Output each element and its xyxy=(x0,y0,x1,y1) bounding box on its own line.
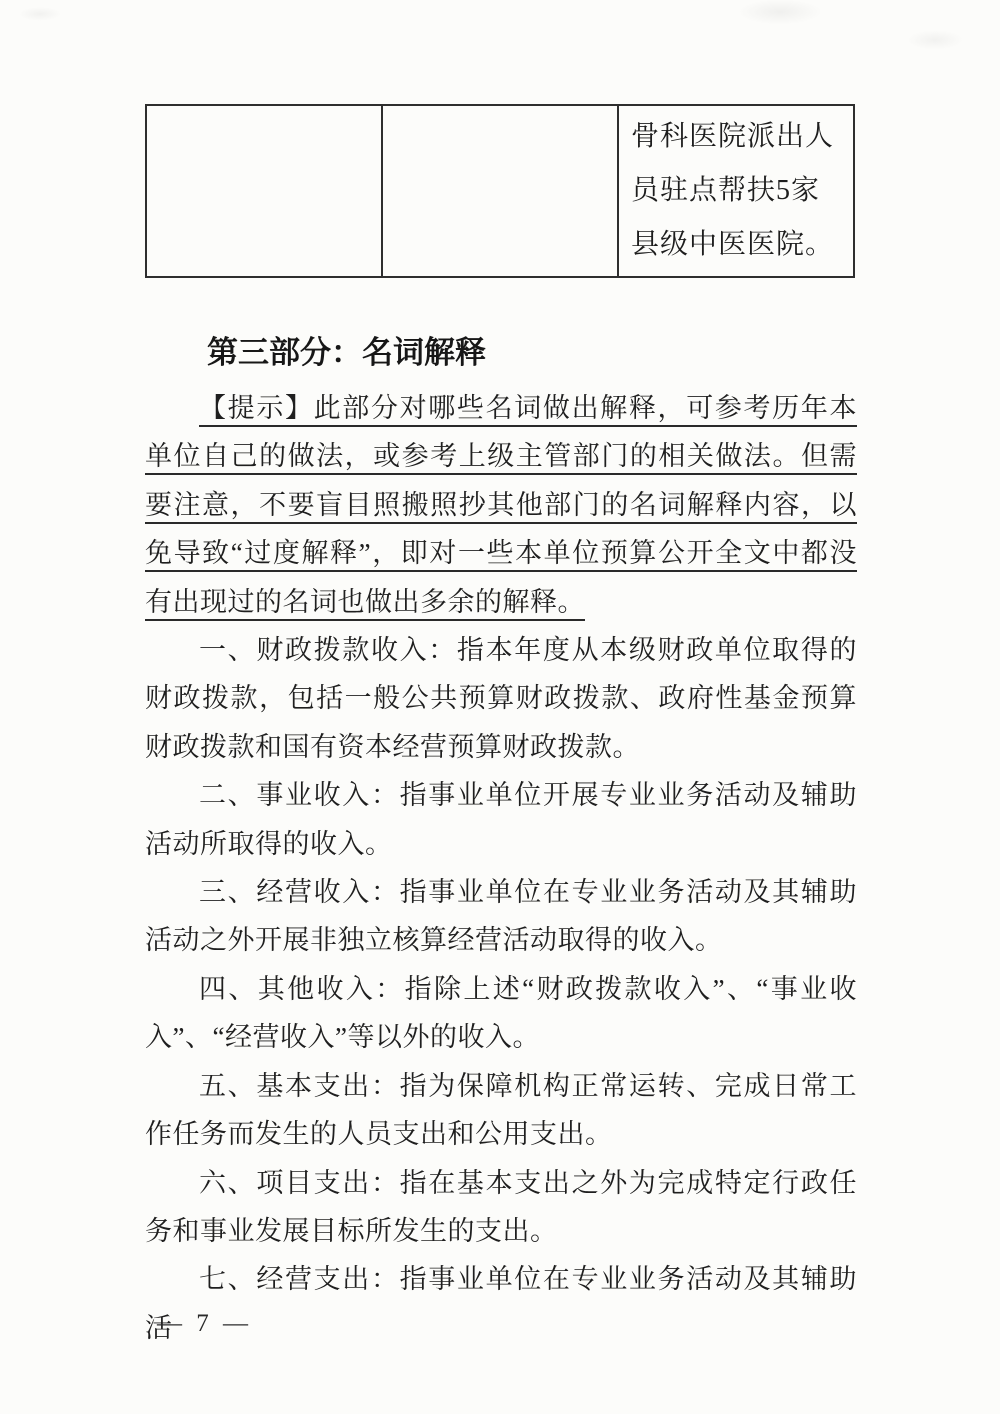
table-cell-empty-2 xyxy=(382,105,618,277)
document-page: 骨科医院派出人员驻点帮扶5家县级中医医院。 第三部分：名词解释 【提示】此部分对… xyxy=(0,0,1000,1414)
tip-paragraph: 【提示】此部分对哪些名词做出解释，可参考历年本单位自己的做法，或参考上级主管部门… xyxy=(145,384,857,626)
definition-paragraph-institutional-income: 二、事业收入：指事业单位开展专业业务活动及辅助活动所取得的收入。 xyxy=(145,771,857,868)
continuation-table: 骨科医院派出人员驻点帮扶5家县级中医医院。 xyxy=(145,104,855,278)
table-row: 骨科医院派出人员驻点帮扶5家县级中医医院。 xyxy=(146,105,854,277)
definition-paragraph-project-expenditure: 六、项目支出：指在基本支出之外为完成特定行政任务和事业发展目标所发生的支出。 xyxy=(145,1159,857,1256)
definition-paragraph-other-income: 四、其他收入：指除上述“财政拨款收入”、“事业收入”、“经营收入”等以外的收入。 xyxy=(145,965,857,1062)
table-cell-empty-1 xyxy=(146,105,382,277)
section-heading: 第三部分：名词解释 xyxy=(145,331,857,375)
table-cell-hospital-support: 骨科医院派出人员驻点帮扶5家县级中医医院。 xyxy=(618,105,854,277)
page-number: — 7 — xyxy=(157,1310,252,1338)
definition-paragraph-fiscal-appropriation-income: 一、财政拨款收入：指本年度从本级财政单位取得的财政拨款，包括一般公共预算财政拨款… xyxy=(145,626,857,771)
definition-paragraph-basic-expenditure: 五、基本支出：指为保障机构正常运转、完成日常工作任务而发生的人员支出和公用支出。 xyxy=(145,1062,857,1159)
main-text-block: 第三部分：名词解释 【提示】此部分对哪些名词做出解释，可参考历年本单位自己的做法… xyxy=(145,331,857,1352)
definition-paragraph-operating-income: 三、经营收入：指事业单位在专业业务活动及其辅助活动之外开展非独立核算经营活动取得… xyxy=(145,868,857,965)
